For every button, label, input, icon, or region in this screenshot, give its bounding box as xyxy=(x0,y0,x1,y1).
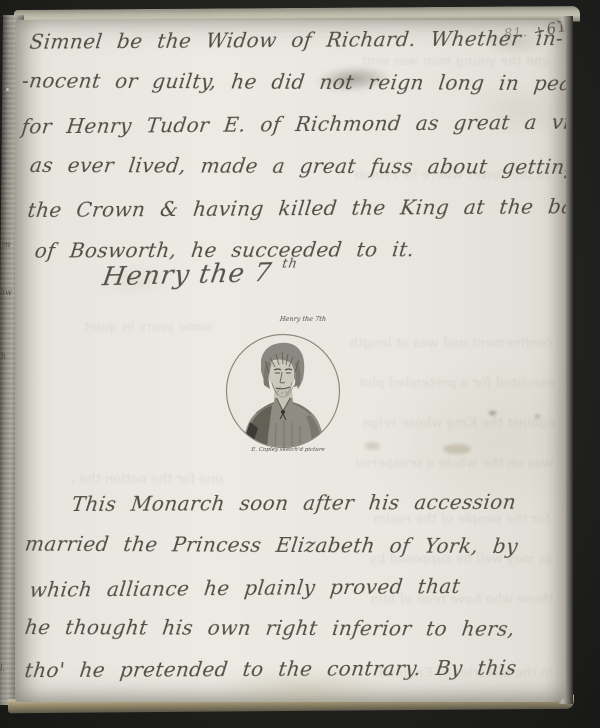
handwritten-line: which alliance he plainly proved that xyxy=(28,574,461,602)
stain xyxy=(443,444,471,454)
gutter-mark: l. xyxy=(0,664,5,673)
gutter-mark: h xyxy=(1,352,6,361)
manuscript-page: and the young man was sent to the Tower … xyxy=(15,20,566,702)
handwritten-line: tho' he pretended to the contrary. By th… xyxy=(23,656,518,683)
handwritten-line: -nocent or guilty, he did not reign long… xyxy=(21,68,566,95)
heading-superscript: th xyxy=(281,256,299,271)
portrait-medallion xyxy=(220,327,350,453)
dust-speck xyxy=(6,88,9,91)
ink-blot xyxy=(535,415,540,418)
gutter-mark: hw xyxy=(0,288,12,297)
ghost-writing: was on the whole a prosperous xyxy=(354,456,554,471)
handwritten-line: for Henry Tudor E. of Richmond as great … xyxy=(20,109,566,138)
handwritten-line: This Monarch soon after his accession xyxy=(70,490,517,516)
section-heading: Henry the 7th xyxy=(100,257,299,292)
ghost-writing: one for the nation tho not xyxy=(72,472,224,487)
ghost-writing: executed for a pretended plot xyxy=(349,376,556,391)
handwritten-line: he thought his own right inferior to her… xyxy=(24,615,517,641)
ghost-writing: against the King whose reign xyxy=(344,416,556,431)
ghost-writing: confinement and was at length xyxy=(344,336,554,351)
photographed-manuscript: -m hw h l. and the young man was sent to… xyxy=(0,0,600,728)
gutter-mark: -m xyxy=(0,240,10,249)
heading-text: Henry the 7 xyxy=(100,258,274,292)
stain xyxy=(365,442,380,450)
handwritten-line: as ever lived, made a great fuss about g… xyxy=(29,153,566,179)
ghost-writing: some years in quiet xyxy=(72,320,214,335)
ink-blot xyxy=(489,411,496,415)
handwritten-line: married the Princess Elizabeth of York, … xyxy=(24,532,520,559)
portrait-caption-below: E. Copley sketch'd picture xyxy=(213,447,364,453)
handwritten-line: the Crown & having killed the King at th… xyxy=(26,194,566,222)
handwritten-line: Simnel be the Widow of Richard. Whether … xyxy=(28,26,564,54)
portrait-caption-above: Henry the 7th xyxy=(243,315,364,323)
